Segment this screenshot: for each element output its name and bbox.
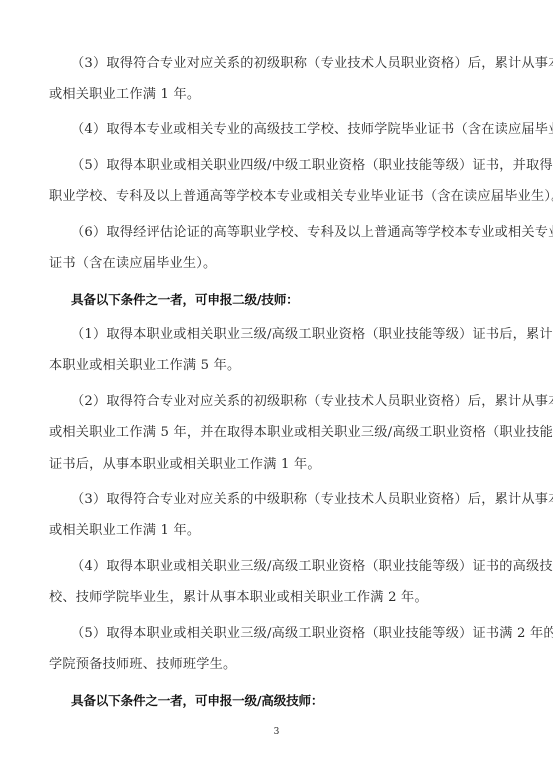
paragraph-line: （6）取得经评估论证的高等职业学校、专科及以上普通高等学校本专业或相关专业毕业 (71, 225, 475, 241)
paragraph-line: 证书后，从事本职业或相关职业工作满 1 年。 (49, 457, 475, 473)
document-page: （3）取得符合专业对应关系的初级职称（专业技术人员职业资格）后，累计从事本职业 … (0, 0, 553, 784)
section-heading-level2: 具备以下条件之一者，可申报二级/技师： (71, 292, 475, 308)
paragraph-line: 校、技师学院毕业生，累计从事本职业或相关职业工作满 2 年。 (49, 590, 475, 606)
paragraph-line: （2）取得符合专业对应关系的初级职称（专业技术人员职业资格）后，累计从事本职业 (71, 394, 475, 410)
paragraph-line: （4）取得本职业或相关职业三级/高级工职业资格（职业技能等级）证书的高级技工学 (71, 559, 475, 575)
paragraph-line: （5）取得本职业或相关职业三级/高级工职业资格（职业技能等级）证书满 2 年的技… (71, 626, 475, 642)
paragraph-line: （3）取得符合专业对应关系的中级职称（专业技术人员职业资格）后，累计从事本职业 (71, 492, 475, 508)
section-heading-level1: 具备以下条件之一者，可申报一级/高级技师： (71, 693, 475, 709)
paragraph-line: 或相关职业工作满 5 年，并在取得本职业或相关职业三级/高级工职业资格（职业技能… (49, 425, 475, 441)
paragraph-line: 或相关职业工作满 1 年。 (49, 87, 475, 103)
paragraph-line: 职业学校、专科及以上普通高等学校本专业或相关专业毕业证书（含在读应届毕业生）。 (49, 189, 475, 205)
paragraph-line: （5）取得本职业或相关职业四级/中级工职业资格（职业技能等级）证书，并取得高等 (71, 158, 475, 174)
paragraph-line: 或相关职业工作满 1 年。 (49, 523, 475, 539)
paragraph-line: 证书（含在读应届毕业生）。 (49, 256, 475, 272)
page-number: 3 (0, 727, 553, 737)
paragraph-line: 学院预备技师班、技师班学生。 (49, 657, 475, 673)
paragraph-line: （3）取得符合专业对应关系的初级职称（专业技术人员职业资格）后，累计从事本职业 (71, 56, 475, 72)
paragraph-line: （4）取得本专业或相关专业的高级技工学校、技师学院毕业证书（含在读应届毕业生）。 (71, 122, 475, 138)
paragraph-line: 本职业或相关职业工作满 5 年。 (49, 358, 475, 374)
paragraph-line: （1）取得本职业或相关职业三级/高级工职业资格（职业技能等级）证书后，累计从事 (71, 327, 475, 343)
